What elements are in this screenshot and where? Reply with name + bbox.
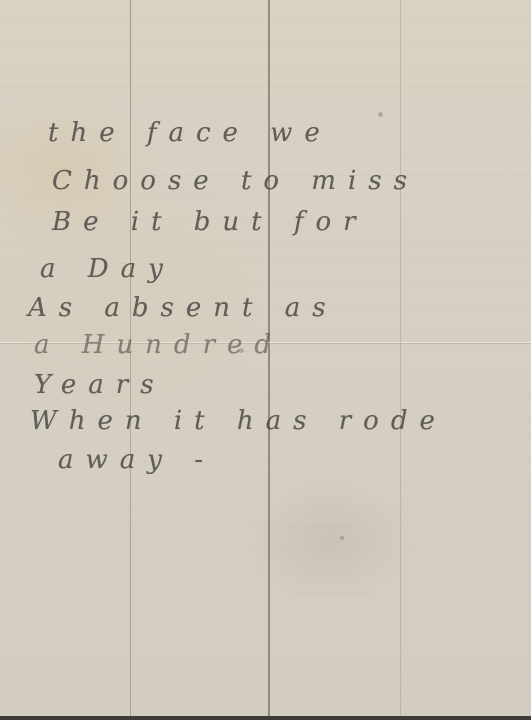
manuscript-page: the face we Choose to miss Be it but for… [0,0,531,716]
manuscript-line-6: a Hundred [34,330,283,360]
ink-spot [340,536,344,540]
manuscript-line-2: Choose to miss [52,166,419,196]
manuscript-line-8: When it has rode [30,406,447,436]
vertical-fold-crease [400,0,401,716]
manuscript-line-3: Be it but for [52,207,368,237]
manuscript-line-1: the face we [48,118,332,148]
manuscript-line-9: away - [58,445,215,475]
manuscript-line-7: Years [34,370,166,400]
page-bottom-edge [0,716,531,720]
manuscript-line-4: a Day [40,254,175,284]
ink-spot [378,112,383,117]
manuscript-line-5: As absent as [28,293,338,323]
